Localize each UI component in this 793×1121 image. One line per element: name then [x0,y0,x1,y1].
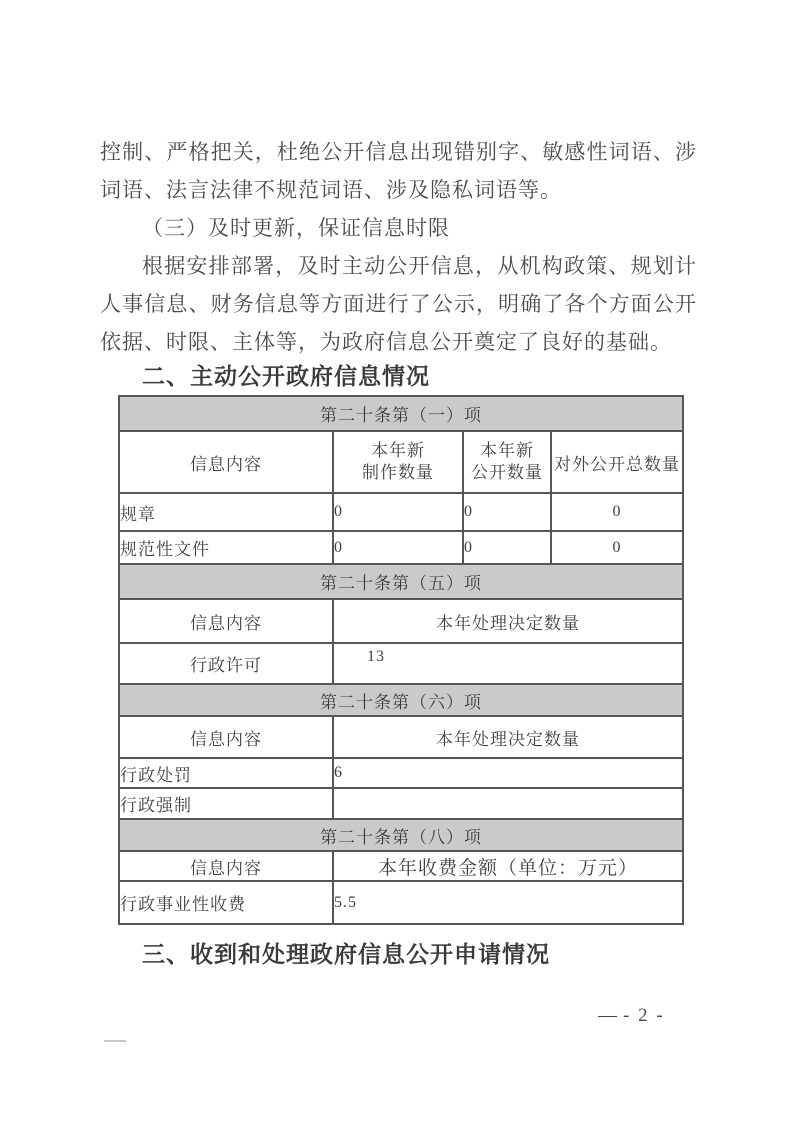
section-heading-requests: 三、收到和处理政府信息公开申请情况 [142,936,550,969]
band-row-item1: 第二十条第（一）项 [119,396,683,431]
cell-new-published: 0 [463,531,551,564]
subsection-heading-3: （三）及时更新，保证信息时限 [100,209,697,247]
disclosure-statistics-table: 第二十条第（一）项 信息内容 本年新 制作数量 本年新 公开数量 对外公开总数量… [118,395,684,925]
row-label: 规章 [119,493,333,531]
cell-decisions-count [333,788,683,819]
row-label: 规范性文件 [119,531,333,564]
cell-decisions-count: 13 [333,643,683,684]
row-label: 行政处罚 [119,758,333,788]
page-number-footer: — - 2 - [598,1005,665,1027]
cell-new-published: 0 [463,493,551,531]
paragraph-line: 根据安排部署，及时主动公开信息，从机构政策、规划计划、 [100,247,697,285]
paragraph-line: 词语、法言法律不规范词语、涉及隐私词语等。 [100,171,697,209]
header-content: 信息内容 [119,851,333,881]
header-decisions: 本年处理决定数量 [333,716,683,758]
header-total-public: 对外公开总数量 [551,431,683,493]
header-fee-amount: 本年收费金额（单位：万元） [333,851,683,881]
paragraph-line: 依据、时限、主体等，为政府信息公开奠定了良好的基础。 [100,323,697,361]
header-new-made-line2: 制作数量 [334,462,462,484]
row-label: 行政许可 [119,643,333,684]
header-new-published-line2: 公开数量 [464,462,550,484]
table-row-regulations: 规章 0 0 0 [119,493,683,531]
paragraph-line: 人事信息、财务信息等方面进行了公示，明确了各个方面公开的 [100,285,697,323]
header-new-published: 本年新 公开数量 [463,431,551,493]
cell-decisions-count: 6 [333,758,683,788]
table-row-administrative-license: 行政许可 13 [119,643,683,684]
header-row-item1: 信息内容 本年新 制作数量 本年新 公开数量 对外公开总数量 [119,431,683,493]
body-paragraphs: 控制、严格把关，杜绝公开信息出现错别字、敏感性词语、涉密 词语、法言法律不规范词… [100,133,697,361]
band-label-item6: 第二十条第（六）项 [119,684,683,716]
footer-dash: — [598,1005,617,1027]
band-label-item1: 第二十条第（一）项 [119,396,683,431]
table-row-administrative-coercion: 行政强制 [119,788,683,819]
header-row-item6: 信息内容 本年处理决定数量 [119,716,683,758]
cell-total-public: 0 [551,493,683,531]
band-label-item5: 第二十条第（五）项 [119,564,683,599]
table-row-administrative-fees: 行政事业性收费 5.5 [119,881,683,924]
scan-artifact-dash [104,1040,126,1042]
header-row-item8: 信息内容 本年收费金额（单位：万元） [119,851,683,881]
cell-total-public: 0 [551,531,683,564]
header-new-made-line1: 本年新 [334,440,462,462]
table-row-administrative-penalty: 行政处罚 6 [119,758,683,788]
header-decisions: 本年处理决定数量 [333,599,683,643]
band-row-item8: 第二十条第（八）项 [119,819,683,851]
cell-new-made: 0 [333,493,463,531]
header-content: 信息内容 [119,599,333,643]
row-label: 行政强制 [119,788,333,819]
band-label-item8: 第二十条第（八）项 [119,819,683,851]
band-row-item6: 第二十条第（六）项 [119,684,683,716]
header-content: 信息内容 [119,431,333,493]
table-row-normative-documents: 规范性文件 0 0 0 [119,531,683,564]
section-heading-active-disclosure: 二、主动公开政府信息情况 [142,358,430,391]
header-row-item5: 信息内容 本年处理决定数量 [119,599,683,643]
cell-new-made: 0 [333,531,463,564]
header-new-published-line1: 本年新 [464,440,550,462]
header-content: 信息内容 [119,716,333,758]
page-number: - 2 - [623,1005,665,1027]
paragraph-line: 控制、严格把关，杜绝公开信息出现错别字、敏感性词语、涉密 [100,133,697,171]
header-new-made: 本年新 制作数量 [333,431,463,493]
band-row-item5: 第二十条第（五）项 [119,564,683,599]
document-page: 控制、严格把关，杜绝公开信息出现错别字、敏感性词语、涉密 词语、法言法律不规范词… [0,0,793,1121]
row-label: 行政事业性收费 [119,881,333,924]
cell-fee-amount: 5.5 [333,881,683,924]
